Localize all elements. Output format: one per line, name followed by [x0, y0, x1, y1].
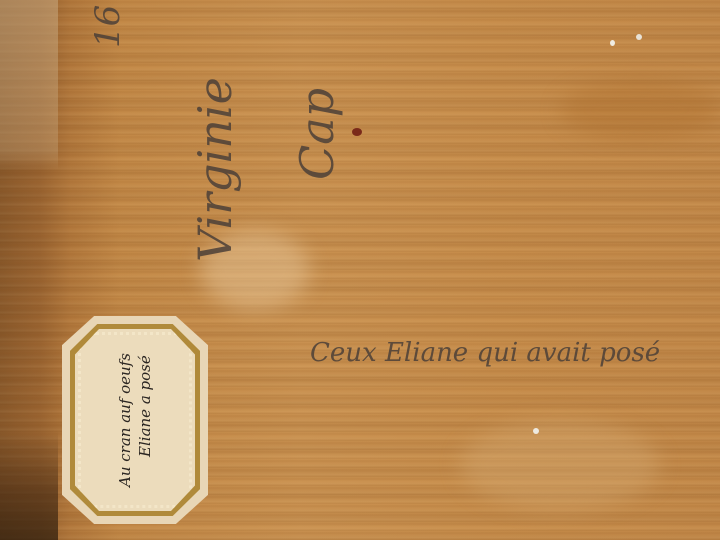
worn-left-edge — [0, 0, 58, 540]
wooden-panel-back: 16 Virginie Cap Ceux Eliane qui avait po… — [0, 0, 720, 540]
inscription-middle-line: Ceux Eliane qui avait posé — [310, 338, 660, 368]
inscription-number: 16 — [88, 5, 128, 48]
paint-fleck — [533, 428, 539, 434]
wood-stain — [460, 420, 660, 510]
wood-stain — [560, 80, 720, 140]
paint-fleck — [636, 34, 642, 40]
paint-fleck — [610, 40, 615, 46]
paper-label: Au cran auf oeufs Eliane a posé — [62, 316, 208, 524]
inscription-vertical-second: Cap — [290, 88, 344, 180]
red-wax-spot — [352, 128, 362, 136]
label-line-2: Eliane a posé — [135, 353, 155, 487]
label-line-1: Au cran auf oeufs — [115, 353, 135, 487]
inscription-name-vertical: Virginie — [188, 77, 242, 262]
label-text: Au cran auf oeufs Eliane a posé — [115, 353, 155, 487]
